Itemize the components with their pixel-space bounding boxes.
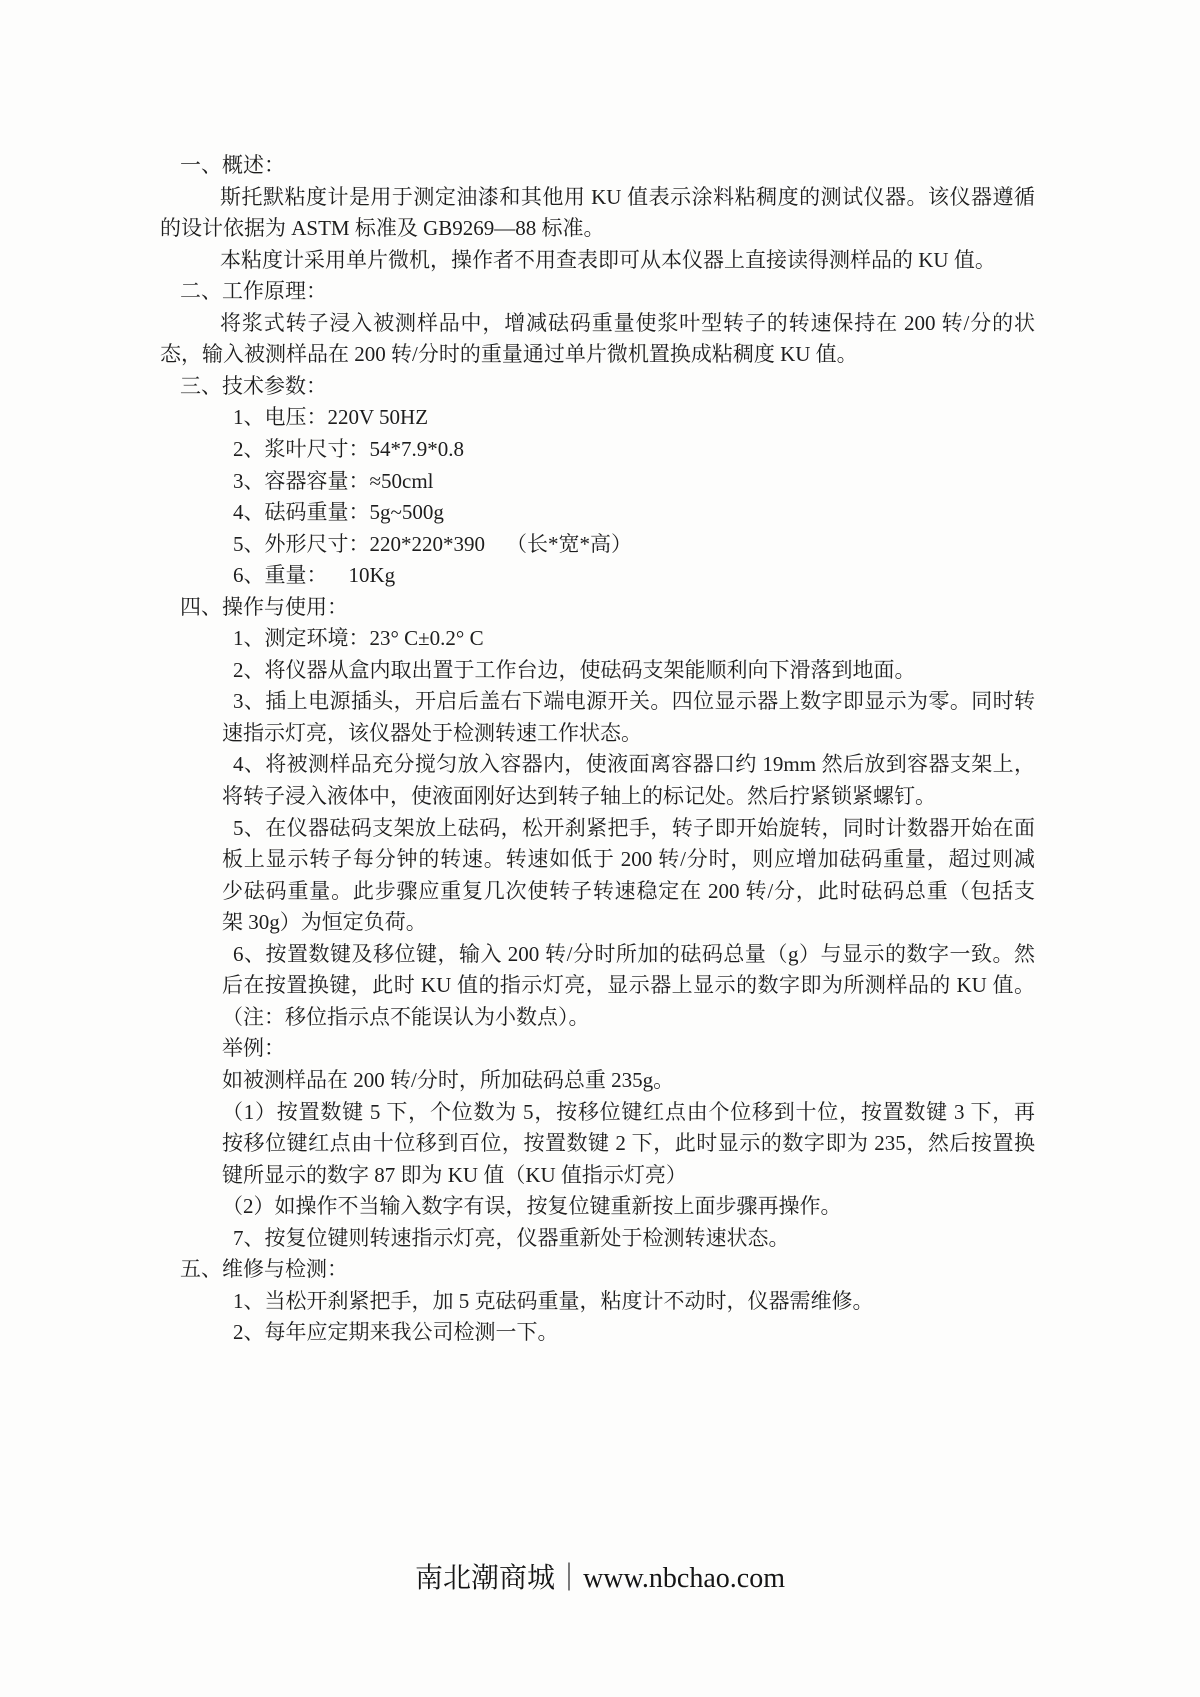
footer-separator: ｜ — [555, 1563, 583, 1594]
document-line: 3、插上电源插头，开启后盖右下端电源开关。四位显示器上数字即显示为零。同时转 — [233, 688, 1035, 715]
document-line: 斯托默粘度计是用于测定油漆和其他用 KU 值表示涂料粘稠度的测试仪器。该仪器遵循 — [220, 184, 1035, 211]
document-line: 5、在仪器砝码支架放上砝码，松开刹紧把手，转子即开始旋转，同时计数器开始在面 — [233, 815, 1035, 842]
document-line: 7、按复位键则转速指示灯亮，仪器重新处于检测转速状态。 — [233, 1225, 790, 1252]
document-line: 三、技术参数： — [180, 373, 327, 400]
document-line: 如被测样品在 200 转/分时，所加砝码总重 235g。 — [222, 1067, 674, 1094]
document-line: 态，输入被测样品在 200 转/分时的重量通过单片微机置换成粘稠度 KU 值。 — [160, 341, 858, 368]
document-line: 五、维修与检测： — [180, 1256, 348, 1283]
document-line: 二、工作原理： — [180, 278, 327, 305]
document-line: 按移位键红点由十位移到百位，按置数键 2 下，此时显示的数字即为 235，然后按… — [222, 1130, 1035, 1157]
document-line: 2、每年应定期来我公司检测一下。 — [233, 1319, 559, 1346]
document-line: 一、概述： — [180, 152, 285, 179]
document-line: 5、外形尺寸：220*220*390 （长*宽*高） — [233, 531, 632, 558]
document-line: 举例： — [222, 1035, 285, 1062]
document-line: 1、当松开刹紧把手，加 5 克砝码重量，粘度计不动时，仪器需维修。 — [233, 1288, 874, 1315]
document-line: （注：移位指示点不能误认为小数点）。 — [222, 1004, 590, 1031]
document-line: 1、测定环境：23° C±0.2° C — [233, 625, 484, 652]
footer-site-name: 南北潮商城 — [415, 1563, 555, 1594]
document-page: 一、概述：斯托默粘度计是用于测定油漆和其他用 KU 值表示涂料粘稠度的测试仪器。… — [0, 0, 1200, 1697]
document-line: 四、操作与使用： — [180, 594, 348, 621]
document-line: 架 30g）为恒定负荷。 — [222, 909, 427, 936]
document-line: （1）按置数键 5 下，个位数为 5，按移位键红点由个位移到十位，按置数键 3 … — [222, 1099, 1035, 1126]
document-line: 6、重量： 10Kg — [233, 562, 395, 589]
document-line: 键所显示的数字 87 即为 KU 值（KU 值指示灯亮） — [222, 1162, 687, 1189]
document-line: 速指示灯亮，该仪器处于检测转速工作状态。 — [222, 720, 642, 747]
document-line: 1、电压：220V 50HZ — [233, 404, 428, 431]
document-line: 本粘度计采用单片微机，操作者不用查表即可从本仪器上直接读得测样品的 KU 值。 — [220, 247, 996, 274]
document-line: 4、将被测样品充分搅匀放入容器内，使液面离容器口约 19mm 然后放到容器支架上… — [233, 751, 1035, 778]
document-line: 板上显示转子每分钟的转速。转速如低于 200 转/分时，则应增加砝码重量，超过则… — [222, 846, 1035, 873]
document-line: 将浆式转子浸入被测样品中，增减砝码重量使浆叶型转子的转速保持在 200 转/分的… — [220, 310, 1035, 337]
document-line: 3、容器容量：≈50cml — [233, 468, 434, 495]
document-line: 的设计依据为 ASTM 标准及 GB9269—88 标准。 — [160, 215, 605, 242]
document-line: 将转子浸入液体中，使液面刚好达到转子轴上的标记处。然后拧紧锁紧螺钉。 — [222, 783, 936, 810]
document-line: （2）如操作不当输入数字有误，按复位键重新按上面步骤再操作。 — [222, 1193, 842, 1220]
page-footer: 南北潮商城｜www.nbchao.com — [0, 1562, 1200, 1596]
document-line: 2、将仪器从盒内取出置于工作台边，使砝码支架能顺利向下滑落到地面。 — [233, 657, 916, 684]
footer-site-url: www.nbchao.com — [583, 1563, 785, 1594]
document-line: 少砝码重量。此步骤应重复几次使转子转速稳定在 200 转/分，此时砝码总重（包括… — [222, 878, 1035, 905]
document-line: 后在按置换键，此时 KU 值的指示灯亮，显示器上显示的数字即为所测样品的 KU … — [222, 972, 1035, 999]
document-line: 2、浆叶尺寸：54*7.9*0.8 — [233, 436, 464, 463]
document-line: 4、砝码重量：5g~500g — [233, 499, 444, 526]
document-line: 6、按置数键及移位键，输入 200 转/分时所加的砝码总量（g）与显示的数字一致… — [233, 941, 1035, 968]
